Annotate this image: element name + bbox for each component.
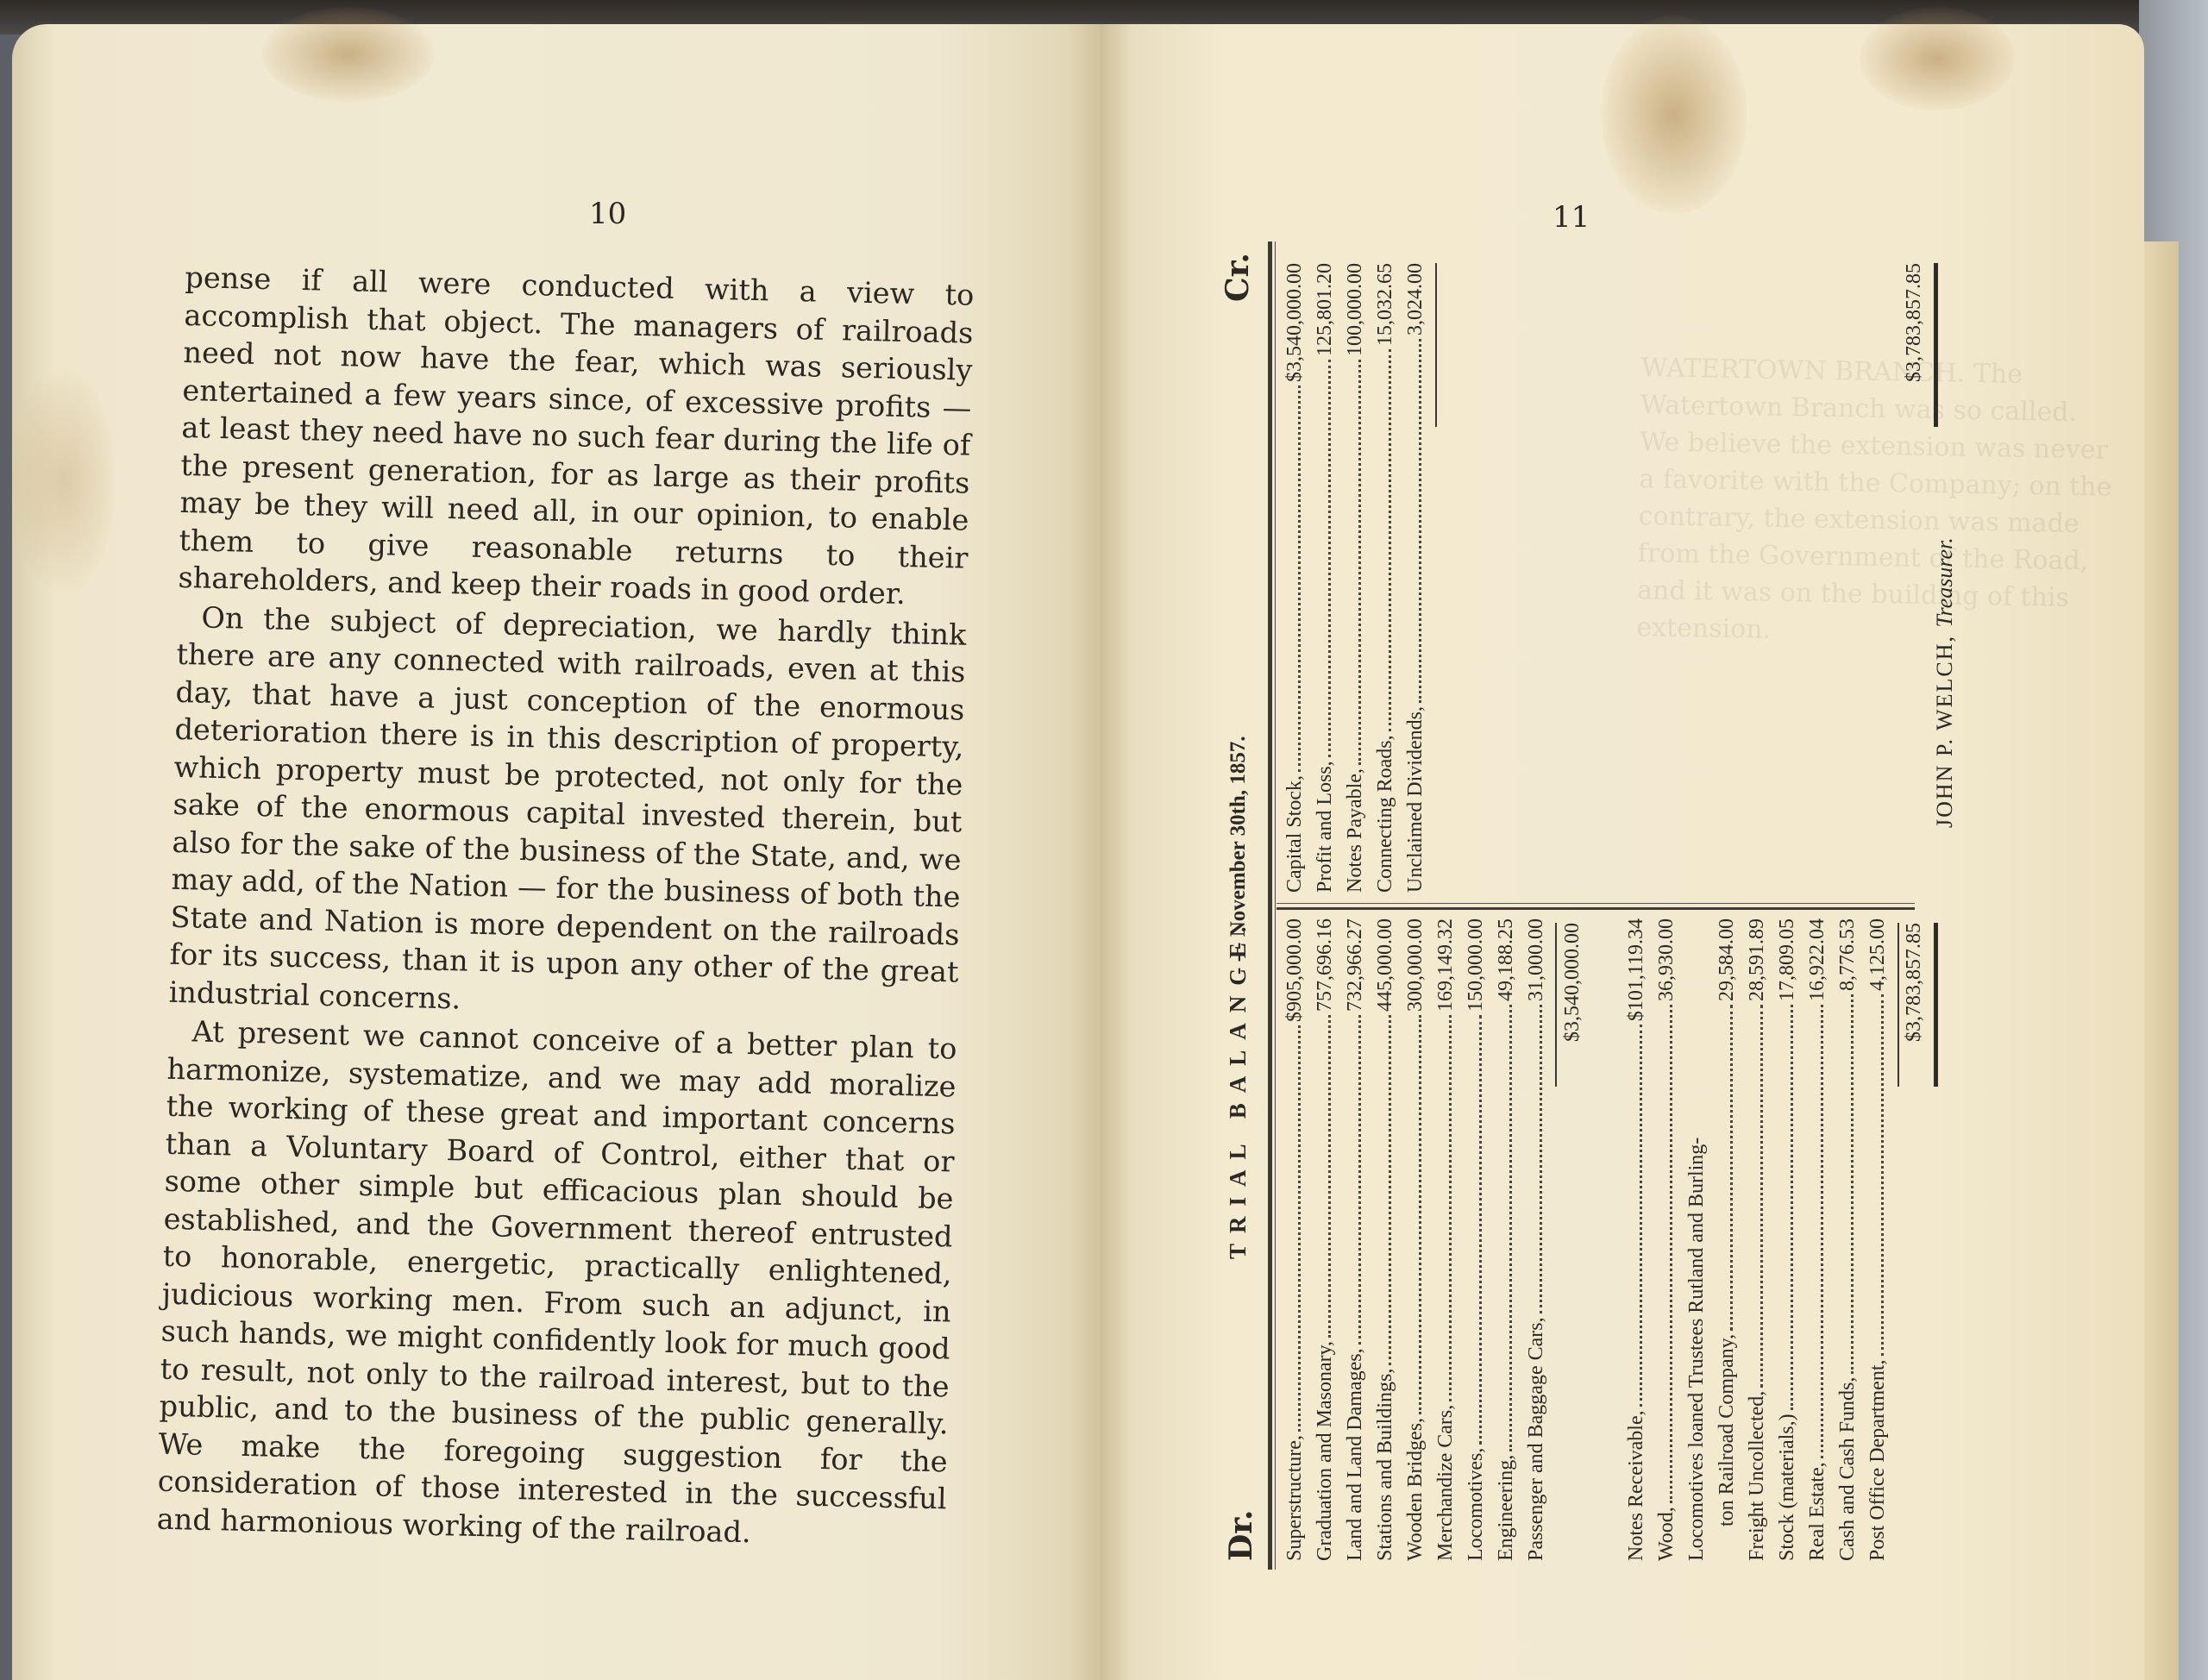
ledger-row: ton Railroad Company,29,584.00 [1712,918,1742,1561]
row-label: Notes Payable, [1340,768,1371,893]
row-label: Connecting Roads, [1371,735,1401,893]
row-label: Stock (materials,) [1772,1414,1803,1561]
page-number-left: 10 [589,197,626,231]
leader-dots [1298,1025,1301,1432]
leader-dots [1851,994,1854,1374]
ledger-row: Capital Stock,$3,540,000.00 [1280,263,1310,893]
leader-dots [1479,1015,1482,1445]
credits-total: $3,783,857.85 [1903,263,1926,427]
row-amount: $101,119.34 [1621,918,1652,1021]
table-date: - - - November 30th, 1857. [1226,736,1251,975]
row-amount: $3,540,000.00 [1280,263,1310,382]
row-label: ton Railroad Company, [1712,1334,1742,1561]
row-label: Graduation and Masonary, [1310,1341,1340,1561]
leader-dots [1791,1005,1793,1410]
ledger-row: Unclaimed Dividends,3,024.00 [1401,263,1431,893]
leader-dots [1760,1005,1763,1388]
ledger-row: Passenger and Baggage Cars,31,000.00 [1521,918,1552,1561]
row-label: Capital Stock, [1280,775,1310,893]
water-stain [12,369,116,593]
paragraph: pense if all were conducted with a view … [178,259,975,614]
row-amount: 3,024.00 [1401,263,1431,335]
leader-dots [1670,1005,1672,1503]
ledger-row: Wood,36,930.00 [1652,918,1682,1561]
debits-total: $3,783,857.85 [1903,923,1926,1087]
water-stain [262,7,435,102]
ledger-row: Notes Payable,100,000.00 [1340,263,1371,893]
leader-dots [1328,360,1331,757]
water-stain [1860,7,2015,110]
header-rule [1268,241,1272,1570]
leader-dots [1540,1005,1542,1313]
leader-dots [1881,994,1884,1357]
signature-name: JOHN P. WELCH, [1932,635,1957,828]
page-edges [2144,241,2179,1680]
row-amount: 15,032.65 [1371,263,1401,346]
credits-total-rule-double [1934,263,1938,427]
water-stain [1601,16,1747,214]
row-amount: 150,000.00 [1461,918,1491,1012]
row-label: Profit and Loss, [1310,761,1340,893]
total-rule [1897,923,1899,1087]
row-amount: 36,930.00 [1652,918,1682,1001]
row-amount: 28,591.89 [1742,918,1772,1001]
column-divider-thin [1276,903,1915,904]
ledger-row: Cash and Cash Funds,8,776.53 [1833,918,1863,1561]
leader-dots [1358,360,1361,765]
ledger-row: Graduation and Masonary,757,696.16 [1310,918,1340,1561]
ledger-row: Wooden Bridges,300,000.00 [1401,918,1431,1561]
row-label: Wooden Bridges, [1401,1418,1431,1561]
ledger-row: Connecting Roads,15,032.65 [1371,263,1401,893]
row-label: Engineering, [1491,1455,1521,1561]
debits-subtotal: $3,540,000.00 [1561,923,1584,1087]
trial-balance-table: Dr. TRIAL BALANCE. - - - November 30th, … [1207,241,1966,1570]
row-label: Locomotives, [1461,1448,1491,1561]
row-amount: 757,696.16 [1310,918,1340,1012]
subtotal-rule [1555,923,1557,1087]
body-text: pense if all were conducted with a view … [156,259,974,1555]
row-label: Wood, [1652,1507,1682,1561]
row-amount: 49,188.25 [1491,918,1521,1001]
leader-dots [1449,1015,1452,1401]
ledger-row: Post Office Department,4,125.00 [1863,918,1893,1561]
debits-list: Superstructure,$905,000.00 Graduation an… [1280,918,1552,1561]
leader-dots [1419,1015,1421,1414]
row-amount: 125,801.20 [1310,263,1340,356]
treasurer-signature: JOHN P. WELCH, Treasurer. [1932,537,1958,828]
ledger-row: Locomotives,150,000.00 [1461,918,1491,1561]
row-label: Real Estate, [1803,1462,1833,1561]
row-amount: 17,809.05 [1772,918,1803,1001]
leader-dots [1358,1015,1361,1345]
leader-dots [1821,1005,1823,1458]
row-label: Superstructure, [1280,1435,1310,1561]
ledger-row: Merchandize Cars,169,149.32 [1431,918,1461,1561]
leader-dots [1298,386,1301,772]
leader-dots [1419,339,1421,703]
ledger-row: Land and Land Damages,732,966.27 [1340,918,1371,1561]
ledger-row: Profit and Loss,125,801.20 [1310,263,1340,893]
row-label: Land and Land Damages, [1340,1348,1371,1561]
row-amount: 300,000.00 [1401,918,1431,1012]
row-amount: 4,125.00 [1863,918,1893,991]
row-label: Freight Uncollected, [1742,1391,1772,1561]
ledger-row: Superstructure,$905,000.00 [1280,918,1310,1561]
leader-dots [1389,1015,1391,1365]
leader-dots [1509,1005,1512,1451]
row-amount: 31,000.00 [1521,918,1552,1001]
ledger-row: Stock (materials,)17,809.05 [1772,918,1803,1561]
debit-label: Dr. [1223,1510,1259,1561]
ledger-row: Stations and Buildings,445,000.00 [1371,918,1401,1561]
ledger-row: Real Estate,16,922.04 [1803,918,1833,1561]
row-label: Cash and Cash Funds, [1833,1377,1863,1561]
ledger-row: Freight Uncollected,28,591.89 [1742,918,1772,1561]
leader-dots [1328,1015,1331,1338]
row-label: Unclaimed Dividends, [1401,706,1431,893]
paragraph: At present we cannot conceive of a bette… [156,1012,957,1556]
total-rule-double [1934,923,1938,1087]
column-divider [1276,907,1915,910]
row-amount: 169,149.32 [1431,918,1461,1012]
row-amount: 29,584.00 [1712,918,1742,1001]
debits-list-2: Notes Receivable,$101,119.34 Wood,36,930… [1621,918,1893,1561]
row-label: Stations and Buildings, [1371,1369,1401,1561]
credits-list: Capital Stock,$3,540,000.00 Profit and L… [1280,263,1431,893]
header-rule-thin [1275,241,1276,1570]
row-label: Post Office Department, [1863,1360,1893,1562]
credits-rule [1435,263,1437,427]
ledger-row: Engineering,49,188.25 [1491,918,1521,1561]
row-label: Locomotives loaned Trustees Rutland and … [1682,1138,1712,1561]
row-label: Notes Receivable, [1621,1410,1652,1561]
row-amount: 100,000.00 [1340,263,1371,356]
row-amount: $905,000.00 [1280,918,1310,1022]
credit-label: Cr. [1220,253,1256,302]
row-label: Merchandize Cars, [1431,1405,1461,1561]
leader-dots [1389,349,1391,731]
leader-dots [1730,1005,1733,1331]
row-label: Passenger and Baggage Cars, [1521,1317,1552,1561]
row-amount: 445,000.00 [1371,918,1401,1012]
page-number-right: 11 [1552,200,1590,235]
row-amount: 732,966.27 [1340,918,1371,1012]
ledger-row: Notes Receivable,$101,119.34 [1621,918,1652,1561]
row-amount: 8,776.53 [1833,918,1863,991]
signature-title: Treasurer. [1932,537,1957,627]
row-amount: 16,922.04 [1803,918,1833,1001]
table-header: Dr. TRIAL BALANCE. - - - November 30th, … [1207,241,1259,1570]
paragraph: On the subject of depreciation, we hardl… [168,598,967,1028]
ledger-row: Locomotives loaned Trustees Rutland and … [1682,918,1712,1561]
leader-dots [1640,1025,1642,1407]
